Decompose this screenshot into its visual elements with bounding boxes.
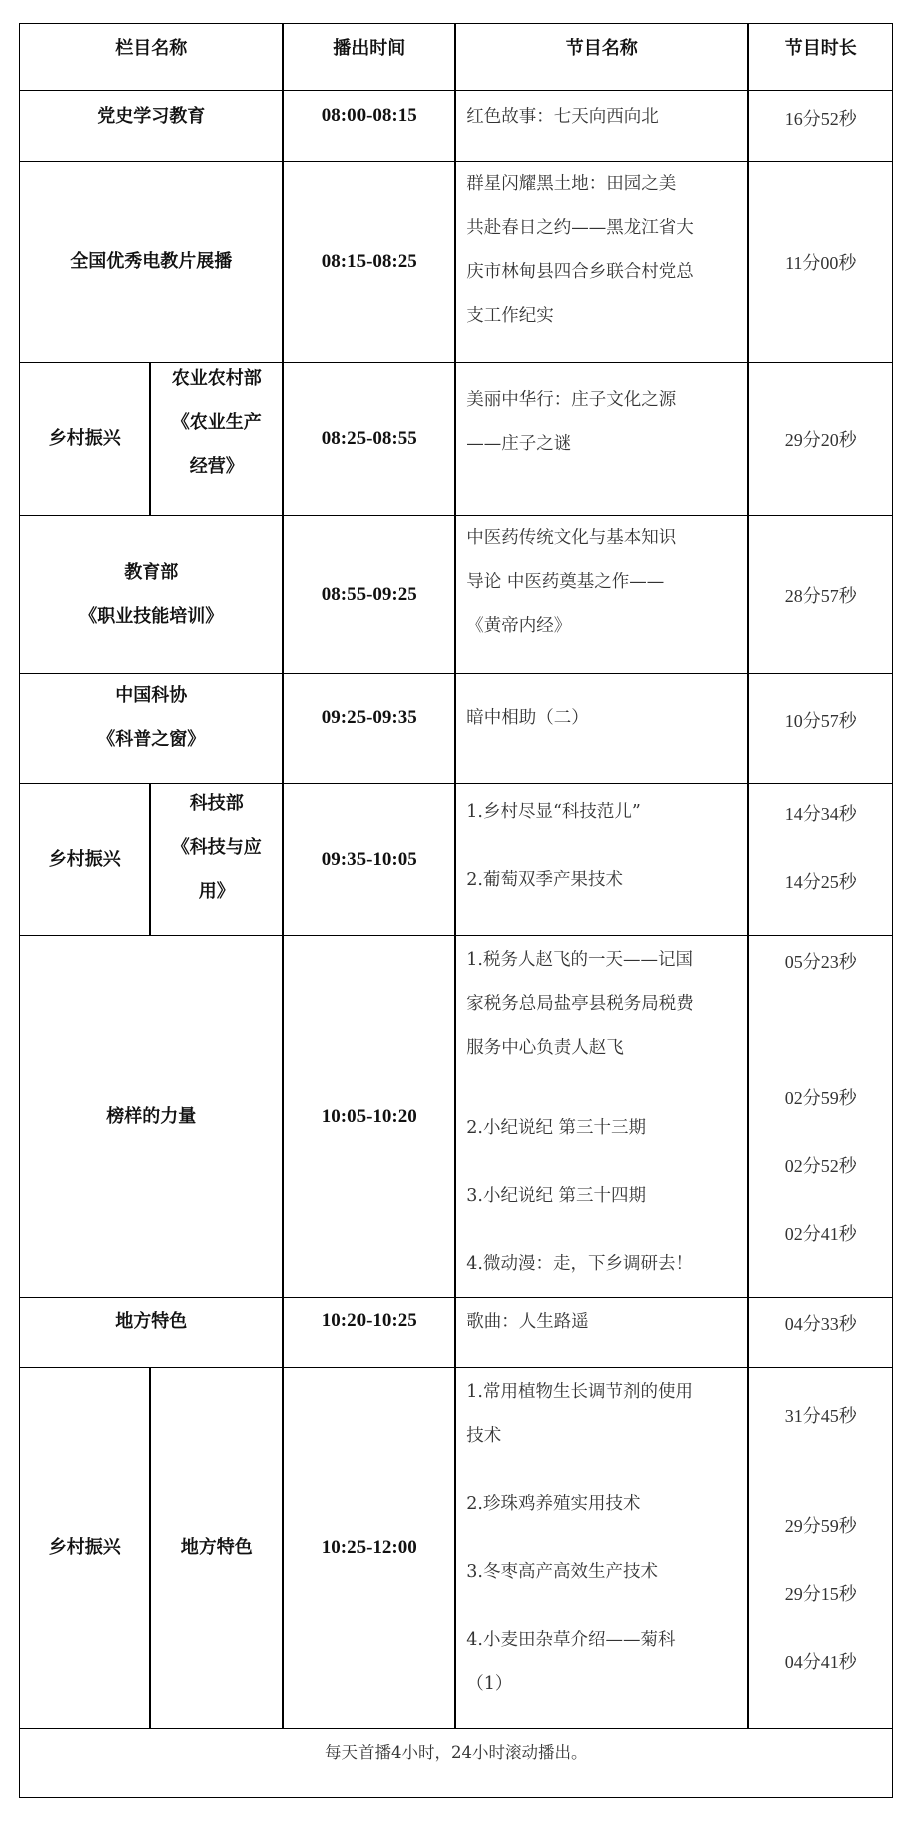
row2-program: 群星闪耀黑土地：田园之美 共赴春日之约——黑龙江省大 庆市林甸县四合乡联合村党总…	[466, 162, 739, 338]
row7-duration-1: 05分23秒	[749, 948, 892, 974]
row7-duration-3: 02分52秒	[749, 1152, 892, 1178]
row8-time: 10:20-10:25	[284, 1310, 454, 1332]
header-cell-time: 播出时间	[283, 23, 455, 91]
row1-column-cell: 党史学习教育	[19, 90, 283, 162]
row2-program-line: 共赴春日之约——黑龙江省大	[466, 206, 739, 250]
row5-column: 中国科协 《科普之窗》	[20, 674, 282, 762]
row2-column: 全国优秀电教片展播	[20, 240, 282, 284]
row2-program-cell: 群星闪耀黑土地：田园之美 共赴春日之约——黑龙江省大 庆市林甸县四合乡联合村党总…	[455, 161, 748, 363]
row6-program-cell: 1.乡村尽显“科技范儿” 2.葡萄双季产果技术	[455, 783, 748, 936]
row8-program: 歌曲：人生路遥	[466, 1300, 739, 1344]
header-cell-program: 节目名称	[455, 23, 748, 91]
row3-column-line: 《农业生产	[151, 401, 282, 445]
row1-time: 08:00-08:15	[284, 105, 454, 127]
row9-group-cell: 乡村振兴	[19, 1367, 150, 1729]
row7-time: 10:05-10:20	[284, 1106, 454, 1128]
header-duration: 节目时长	[749, 34, 892, 60]
row3-duration-cell: 29分20秒	[748, 362, 893, 516]
row5-program-cell: 暗中相助（二）	[455, 673, 748, 784]
row5-time: 09:25-09:35	[284, 707, 454, 729]
row1-duration: 16分52秒	[749, 105, 892, 131]
row6-group: 乡村振兴	[20, 838, 149, 882]
row6-group-cell: 乡村振兴	[19, 783, 150, 936]
row8-program-cell: 歌曲：人生路遥	[455, 1297, 748, 1368]
row6-duration-cell: 14分34秒 14分25秒	[748, 783, 893, 936]
row7-program-line: 1.税务人赵飞的一天——记国	[466, 938, 739, 982]
row6-column-line: 《科技与应	[151, 826, 282, 870]
row6-duration-2: 14分25秒	[749, 868, 892, 894]
row6-time-cell: 09:35-10:05	[283, 783, 455, 936]
row3-column-line: 经营》	[151, 445, 282, 489]
row7-program-2: 2.小纪说纪 第三十三期	[466, 1106, 739, 1150]
row6-column-cell: 科技部 《科技与应 用》	[150, 783, 283, 936]
row2-duration-cell: 11分00秒	[748, 161, 893, 363]
row6-program-2: 2.葡萄双季产果技术	[466, 858, 739, 902]
row7-duration-cell: 05分23秒 02分59秒 02分52秒 02分41秒	[748, 935, 893, 1298]
row6-duration-1: 14分34秒	[749, 800, 892, 826]
header-column-name: 栏目名称	[20, 34, 282, 60]
header-cell-duration: 节目时长	[748, 23, 893, 91]
row9-column: 地方特色	[151, 1526, 282, 1570]
row4-program-line: 中医药传统文化与基本知识	[466, 516, 739, 560]
row3-program-line: ——庄子之谜	[466, 422, 739, 466]
row9-program-2: 2.珍珠鸡养殖实用技术	[466, 1482, 739, 1526]
row5-column-line: 《科普之窗》	[20, 718, 282, 762]
row8-time-cell: 10:20-10:25	[283, 1297, 455, 1368]
row4-program-line: 导论 中医药奠基之作——	[466, 560, 739, 604]
row7-program-line: 服务中心负责人赵飞	[466, 1026, 739, 1070]
row3-column-cell: 农业农村部 《农业生产 经营》	[150, 362, 283, 516]
row3-time: 08:25-08:55	[284, 428, 454, 450]
row2-time: 08:15-08:25	[284, 251, 454, 273]
row9-program-1: 1.常用植物生长调节剂的使用 技术	[466, 1370, 739, 1458]
row6-column-line: 用》	[151, 870, 282, 914]
row4-duration: 28分57秒	[749, 582, 892, 608]
row4-column-line: 教育部	[20, 551, 282, 595]
row6-program-1: 1.乡村尽显“科技范儿”	[466, 790, 739, 834]
row3-column: 农业农村部 《农业生产 经营》	[151, 357, 282, 489]
header-time: 播出时间	[284, 34, 454, 60]
row9-duration-3: 29分15秒	[749, 1580, 892, 1606]
row9-column-cell: 地方特色	[150, 1367, 283, 1729]
row4-duration-cell: 28分57秒	[748, 515, 893, 674]
row8-duration-cell: 04分33秒	[748, 1297, 893, 1368]
row9-duration-2: 29分59秒	[749, 1512, 892, 1538]
row3-program-cell: 美丽中华行：庄子文化之源 ——庄子之谜	[455, 362, 748, 516]
row9-program-line: （1）	[466, 1662, 739, 1706]
row9-program-line: 1.常用植物生长调节剂的使用	[466, 1370, 739, 1414]
footer-note: 每天首播4小时，24小时滚动播出。	[20, 1739, 892, 1763]
row7-program-cell: 1.税务人赵飞的一天——记国 家税务总局盐亭县税务局税费 服务中心负责人赵飞 2…	[455, 935, 748, 1298]
row9-time-cell: 10:25-12:00	[283, 1367, 455, 1729]
row9-program-line: 技术	[466, 1414, 739, 1458]
row4-program: 中医药传统文化与基本知识 导论 中医药奠基之作—— 《黄帝内经》	[466, 516, 739, 648]
row9-duration-4: 04分41秒	[749, 1648, 892, 1674]
row7-program-4: 4.微动漫：走，下乡调研去！	[466, 1242, 739, 1286]
row7-column-cell: 榜样的力量	[19, 935, 283, 1298]
row5-duration: 10分57秒	[749, 707, 892, 733]
row7-time-cell: 10:05-10:20	[283, 935, 455, 1298]
row4-column-line: 《职业技能培训》	[20, 595, 282, 639]
row5-column-line: 中国科协	[20, 674, 282, 718]
row1-column: 党史学习教育	[20, 95, 282, 139]
row7-duration-2: 02分59秒	[749, 1084, 892, 1110]
row8-column-cell: 地方特色	[19, 1297, 283, 1368]
row4-program-cell: 中医药传统文化与基本知识 导论 中医药奠基之作—— 《黄帝内经》	[455, 515, 748, 674]
footer-cell: 每天首播4小时，24小时滚动播出。	[19, 1728, 893, 1798]
row1-time-cell: 08:00-08:15	[283, 90, 455, 162]
row8-duration: 04分33秒	[749, 1310, 892, 1336]
row3-program-line: 美丽中华行：庄子文化之源	[466, 378, 739, 422]
broadcast-schedule-table: 栏目名称 播出时间 节目名称 节目时长 党史学习教育 08:00-08:15 红…	[20, 24, 893, 1798]
row7-column: 榜样的力量	[20, 1095, 282, 1139]
row9-group: 乡村振兴	[20, 1526, 149, 1570]
row5-time-cell: 09:25-09:35	[283, 673, 455, 784]
row4-column: 教育部 《职业技能培训》	[20, 551, 282, 639]
row3-time-cell: 08:25-08:55	[283, 362, 455, 516]
row9-program-3: 3.冬枣高产高效生产技术	[466, 1550, 739, 1594]
row4-time: 08:55-09:25	[284, 584, 454, 606]
row9-duration-1: 31分45秒	[749, 1402, 892, 1428]
row2-time-cell: 08:15-08:25	[283, 161, 455, 363]
row6-column: 科技部 《科技与应 用》	[151, 782, 282, 914]
row9-program-cell: 1.常用植物生长调节剂的使用 技术 2.珍珠鸡养殖实用技术 3.冬枣高产高效生产…	[455, 1367, 748, 1729]
row5-duration-cell: 10分57秒	[748, 673, 893, 784]
row1-duration-cell: 16分52秒	[748, 90, 893, 162]
row1-program-cell: 红色故事：七天向西向北	[455, 90, 748, 162]
row2-program-line: 群星闪耀黑土地：田园之美	[466, 162, 739, 206]
row4-program-line: 《黄帝内经》	[466, 604, 739, 648]
header-cell-column-name: 栏目名称	[19, 23, 283, 91]
row5-program: 暗中相助（二）	[466, 696, 739, 740]
row7-duration-4: 02分41秒	[749, 1220, 892, 1246]
header-program: 节目名称	[456, 34, 747, 60]
row4-column-cell: 教育部 《职业技能培训》	[19, 515, 283, 674]
row1-program: 红色故事：七天向西向北	[466, 95, 739, 139]
row9-program-4: 4.小麦田杂草介绍——菊科 （1）	[466, 1618, 739, 1706]
row2-program-line: 支工作纪实	[466, 294, 739, 338]
row3-group: 乡村振兴	[20, 417, 149, 461]
row2-program-line: 庆市林甸县四合乡联合村党总	[466, 250, 739, 294]
row3-column-line: 农业农村部	[151, 357, 282, 401]
row3-program: 美丽中华行：庄子文化之源 ——庄子之谜	[466, 378, 739, 466]
row6-time: 09:35-10:05	[284, 849, 454, 871]
row9-program-line: 4.小麦田杂草介绍——菊科	[466, 1618, 739, 1662]
row3-duration: 29分20秒	[749, 426, 892, 452]
row9-duration-cell: 31分45秒 29分59秒 29分15秒 04分41秒	[748, 1367, 893, 1729]
row7-program-3: 3.小纪说纪 第三十四期	[466, 1174, 739, 1218]
row7-program-line: 家税务总局盐亭县税务局税费	[466, 982, 739, 1026]
row9-time: 10:25-12:00	[284, 1537, 454, 1559]
row2-duration: 11分00秒	[749, 249, 892, 275]
row8-column: 地方特色	[20, 1300, 282, 1344]
row6-column-line: 科技部	[151, 782, 282, 826]
row2-column-cell: 全国优秀电教片展播	[19, 161, 283, 363]
row5-column-cell: 中国科协 《科普之窗》	[19, 673, 283, 784]
row3-group-cell: 乡村振兴	[19, 362, 150, 516]
row7-program-1: 1.税务人赵飞的一天——记国 家税务总局盐亭县税务局税费 服务中心负责人赵飞	[466, 938, 739, 1070]
row4-time-cell: 08:55-09:25	[283, 515, 455, 674]
